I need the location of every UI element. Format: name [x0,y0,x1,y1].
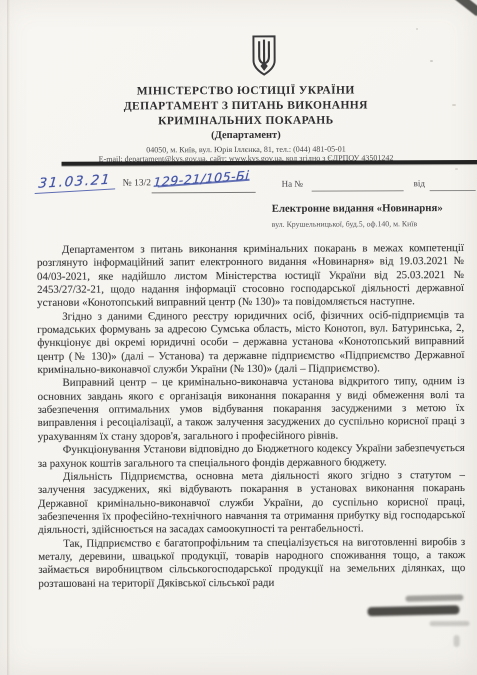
letterhead-divider-rule [62,160,477,165]
ukraine-trident-emblem-icon [251,33,277,79]
paragraph-4: Функціонування Установи відповідно до Бю… [38,442,465,471]
incoming-number-blank-line [312,169,404,191]
recipient-address: вул. Крушельницької, буд.5, оф.140, м. К… [272,219,472,229]
ministry-title: МІНІСТЕРСТВО ЮСТИЦІЇ УКРАЇНИ [29,84,462,98]
incoming-date-label: від [414,178,425,188]
letterhead: МІНІСТЕРСТВО ЮСТИЦІЇ УКРАЇНИ ДЕПАРТАМЕНТ… [29,0,462,1]
reference-row: 31.03.21 № 13/2 129-21/105-Бі На № від [0,169,477,201]
ink-smudge [454,635,460,647]
incoming-date-blank-line [430,169,476,191]
outgoing-number-blank-line: 129-21/105-Бі [152,170,256,193]
incoming-number-label: На № [282,179,303,189]
department-title-line2: КРИМІНАЛЬНИХ ПОКАРАНЬ [29,114,462,128]
paragraph-5: Діяльність Підприємства, основна мета ді… [38,469,465,538]
letter-body: Департаментом з питань виконання криміна… [37,242,466,591]
paragraph-6: Так, Підприємство є багатопрофільним та … [38,536,465,591]
outgoing-number-prefix: № 13/2 [123,178,151,188]
scanned-letter-page: МІНІСТЕРСТВО ЮСТИЦІЇ УКРАЇНИ ДЕПАРТАМЕНТ… [0,0,477,675]
ink-smudge [430,621,470,626]
paragraph-2: Згідно з даними Єдиного реєстру юридични… [37,309,464,378]
handwritten-date: 31.03.21 [35,171,117,194]
ink-smudge [367,605,459,616]
recipient-block: Електронне видання «Новинарня» вул. Круш… [272,202,472,229]
org-short-name: (Департамент) [29,129,462,142]
department-title-line1: ДЕПАРТАМЕНТ З ПИТАНЬ ВИКОНАННЯ [29,99,462,113]
paragraph-1: Департаментом з питань виконання криміна… [37,242,464,311]
letter-content: МІНІСТЕРСТВО ЮСТИЦІЇ УКРАЇНИ ДЕПАРТАМЕНТ… [0,0,477,675]
paragraph-3: Виправний центр – це кримінально-виконав… [37,375,464,444]
recipient-name: Електронне видання «Новинарня» [272,202,472,216]
ink-smudge [405,595,463,602]
